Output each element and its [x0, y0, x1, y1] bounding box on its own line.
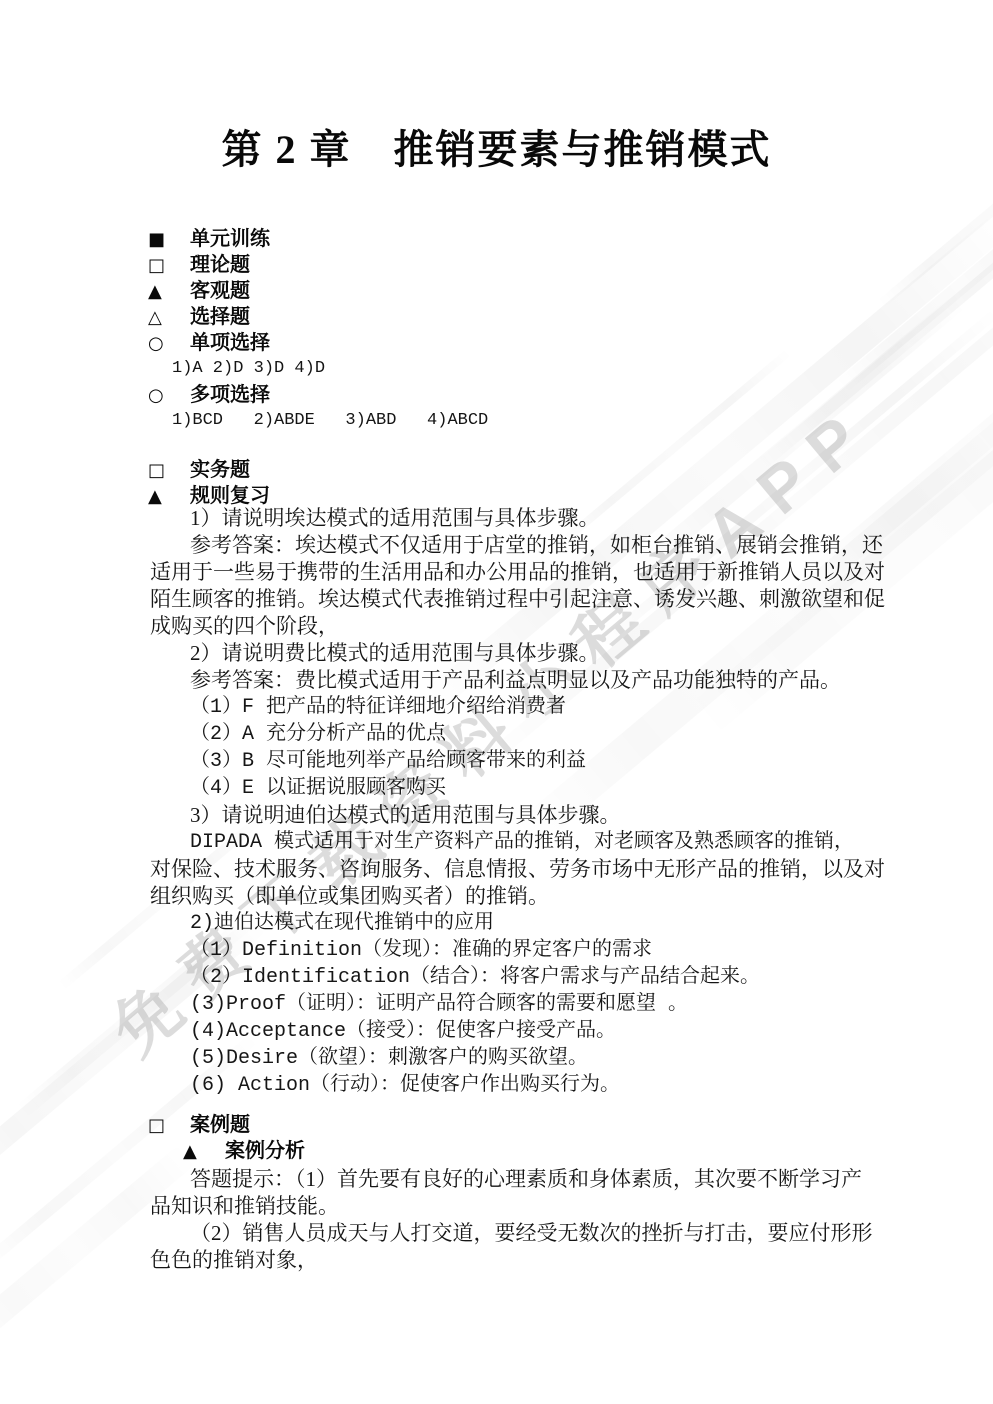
body-line: 答题提示：（1）首先要有良好的心理素质和身体素质，其次要不断学习产 — [150, 1166, 940, 1193]
body-line: 陌生顾客的推销。埃达模式代表推销过程中引起注意、诱发兴趣、刺激欲望和促 — [150, 586, 940, 613]
body-line: 对保险、技术服务、咨询服务、信息情报、劳务市场中无形产品的推销，以及对 — [150, 856, 940, 883]
section-heading-practice: □实务题 — [148, 457, 270, 483]
body-line: (4)Acceptance（接受）：促使客户接受产品。 — [150, 1018, 940, 1045]
body-line: （4）E 以证据说服顾客购买 — [150, 775, 940, 802]
open-triangle-icon: △ — [148, 305, 190, 331]
section-heading-unit-training: ■单元训练 — [148, 226, 488, 252]
body-line: 2)迪伯达模式在现代推销中的应用 — [150, 910, 940, 937]
body-line: 品知识和推销技能。 — [150, 1193, 940, 1220]
body-line: 色色的推销对象， — [150, 1247, 940, 1274]
body-line: 1）请说明埃达模式的适用范围与具体步骤。 — [150, 505, 940, 532]
body-line: (5)Desire（欲望）：刺激客户的购买欲望。 — [150, 1045, 940, 1072]
section-label: 单元训练 — [190, 228, 270, 250]
open-square-icon: □ — [148, 1113, 190, 1139]
body-line: 3）请说明迪伯达模式的适用范围与具体步骤。 — [150, 802, 940, 829]
filled-triangle-icon: ▲ — [148, 279, 190, 305]
page-title: 第 2 章 推销要素与推销模式 — [0, 118, 993, 175]
section-label: 选择题 — [190, 306, 250, 328]
section-label: 理论题 — [190, 254, 250, 276]
document-page: 免费下载资料小程序APP 第 2 章 推销要素与推销模式 ■单元训练 □理论题 … — [0, 0, 993, 1404]
filled-square-icon: ■ — [148, 227, 190, 253]
case-section-list: □案例题 ▲案例分析 — [148, 1112, 305, 1164]
multi-choice-answers: 1)BCD 2)ABDE 3)ABD 4)ABCD — [148, 408, 488, 434]
section-label: 多项选择 — [190, 384, 270, 406]
training-section-list: ■单元训练 □理论题 ▲客观题 △选择题 ○单项选择 1)A 2)D 3)D 4… — [148, 226, 488, 434]
body-line: （2）A 充分分析产品的优点 — [150, 721, 940, 748]
section-label: 实务题 — [190, 459, 250, 481]
section-heading-case-analysis: ▲案例分析 — [148, 1138, 305, 1164]
filled-triangle-icon: ▲ — [183, 1139, 225, 1165]
section-heading-choice: △选择题 — [148, 304, 488, 330]
section-label: 规则复习 — [190, 485, 270, 507]
circle-icon: ○ — [148, 383, 190, 409]
section-label: 案例题 — [190, 1114, 250, 1136]
answer-body: 1）请说明埃达模式的适用范围与具体步骤。 参考答案：埃达模式不仅适用于店堂的推销… — [150, 505, 940, 1099]
body-line: (3)Proof（证明）：证明产品符合顾客的需要和愿望 。 — [150, 991, 940, 1018]
open-square-icon: □ — [148, 253, 190, 279]
open-square-icon: □ — [148, 458, 190, 484]
body-line: （3）B 尽可能地列举产品给顾客带来的利益 — [150, 748, 940, 775]
body-line: 参考答案：费比模式适用于产品利益点明显以及产品功能独特的产品。 — [150, 667, 940, 694]
body-line: 成购买的四个阶段， — [150, 613, 940, 640]
practice-section-list: □实务题 ▲规则复习 — [148, 457, 270, 509]
section-heading-objective: ▲客观题 — [148, 278, 488, 304]
section-heading-case: □案例题 — [148, 1112, 305, 1138]
case-body: 答题提示：（1）首先要有良好的心理素质和身体素质，其次要不断学习产 品知识和推销… — [150, 1166, 940, 1274]
body-line: （1）F 把产品的特征详细地介绍给消费者 — [150, 694, 940, 721]
section-heading-single-choice: ○单项选择 — [148, 330, 488, 356]
section-heading-theory: □理论题 — [148, 252, 488, 278]
body-line: 适用于一些易于携带的生活用品和办公用品的推销，也适用于新推销人员以及对 — [150, 559, 940, 586]
body-line: （2）销售人员成天与人打交道，要经受无数次的挫折与打击，要应付形形 — [150, 1220, 940, 1247]
body-line: 2）请说明费比模式的适用范围与具体步骤。 — [150, 640, 940, 667]
body-line: 参考答案：埃达模式不仅适用于店堂的推销，如柜台推销、展销会推销，还 — [150, 532, 940, 559]
circle-icon: ○ — [148, 331, 190, 357]
single-choice-answers: 1)A 2)D 3)D 4)D — [148, 356, 488, 382]
section-label: 客观题 — [190, 280, 250, 302]
body-line: 组织购买（即单位或集团购买者）的推销。 — [150, 883, 940, 910]
section-label: 单项选择 — [190, 332, 270, 354]
body-line: （1）Definition（发现）：准确的界定客户的需求 — [150, 937, 940, 964]
page-content: 第 2 章 推销要素与推销模式 ■单元训练 □理论题 ▲客观题 △选择题 ○单项… — [0, 0, 993, 1404]
section-label: 案例分析 — [225, 1140, 305, 1162]
body-line: (6) Action（行动）：促使客户作出购买行为。 — [150, 1072, 940, 1099]
section-heading-multi-choice: ○多项选择 — [148, 382, 488, 408]
body-line: DIPADA 模式适用于对生产资料产品的推销，对老顾客及熟悉顾客的推销， — [150, 829, 940, 856]
body-line: （2）Identification（结合）：将客户需求与产品结合起来。 — [150, 964, 940, 991]
